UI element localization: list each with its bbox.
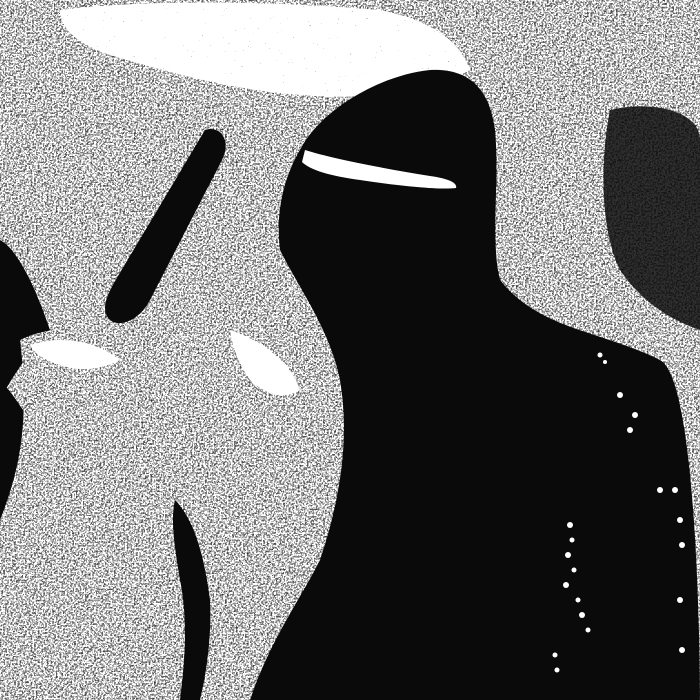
dithered-photo <box>0 0 700 700</box>
photo-canvas <box>0 0 700 700</box>
